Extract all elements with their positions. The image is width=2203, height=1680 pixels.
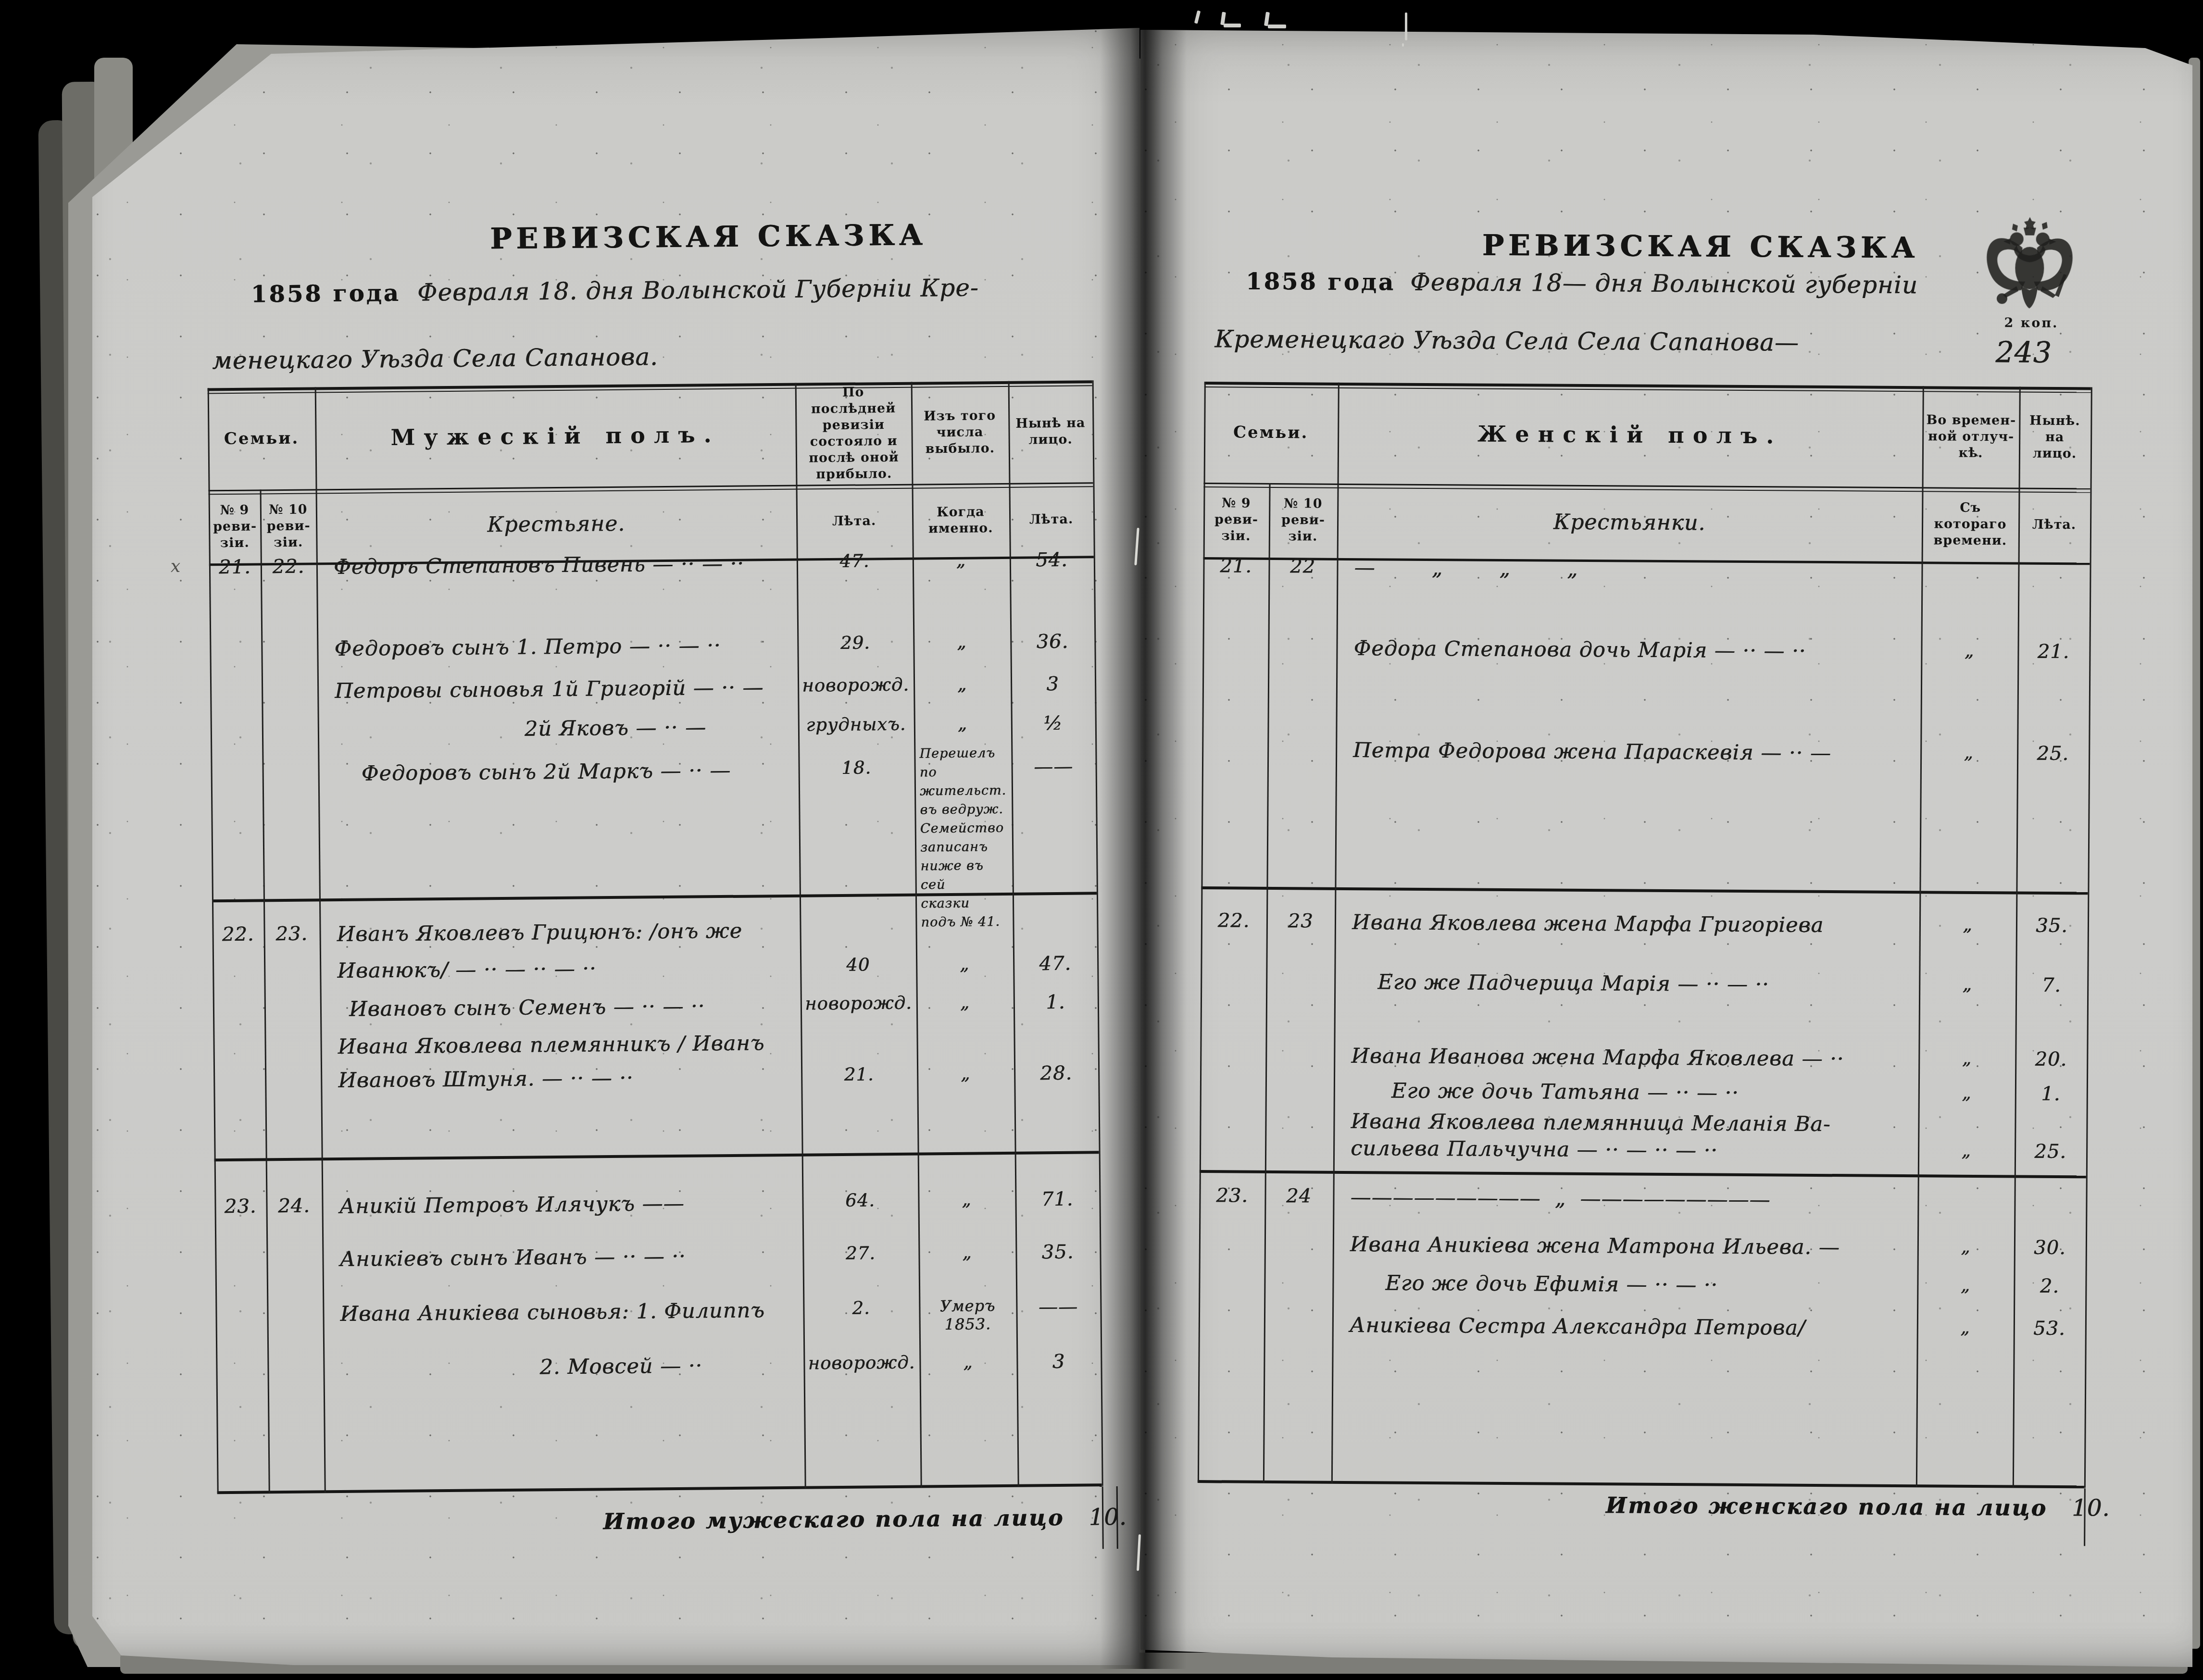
age-now: 36. <box>1010 630 1094 653</box>
person-name: Ивановъ Штуня. — ·· — ·· <box>321 1064 824 1093</box>
header-families: Семьи. <box>208 387 316 490</box>
male-total-line: Итого мужескаго пола на лицо 10. <box>603 1504 1127 1535</box>
person-name: Федоровъ сынъ 2й Маркъ — ·· — <box>318 758 847 786</box>
note-line: Перешелъ <box>919 744 1011 763</box>
margin-x-mark: х <box>171 557 181 576</box>
header-no-10th-revision: № 10 реви­зіи. <box>1271 485 1336 556</box>
left-page: РЕВИЗСКАЯ СКАЗКА 1858 года Февраля 18. д… <box>92 25 1139 1665</box>
when-departed: „ <box>914 673 1011 695</box>
family-no-10th: 23 <box>1266 910 1335 933</box>
absence-since: „ <box>1917 1274 2014 1295</box>
when-departed: „ <box>919 1351 1016 1373</box>
person-name: ————————— „ ————————— <box>1333 1185 1935 1213</box>
person-name: Аникіева Сестра Александра Петрова/ <box>1332 1313 1934 1341</box>
male-total-label: Итого мужескаго пола на лицо <box>603 1505 1064 1534</box>
absence-since: „ <box>1919 914 2016 935</box>
table-row: Петра Федорова жена Параскевія — ·· — „ … <box>1202 737 2089 787</box>
imperial-eagle-stamp-icon <box>1983 214 2077 318</box>
age-now: 3 <box>1011 672 1095 696</box>
place-line: менецкаго Уѣзда Села Сапанова. <box>212 343 658 374</box>
header-when-exactly: Когда имен­но. <box>912 485 1010 556</box>
age-now: 1. <box>2015 1083 2087 1105</box>
age-now: 28. <box>1014 1062 1098 1085</box>
person-name: Аникій Петровъ Илячукъ —— <box>322 1190 825 1219</box>
when-departed: „ <box>918 1189 1015 1210</box>
header-since-when: Съ котораго времени. <box>1926 489 2015 560</box>
backdrop-scratch <box>1224 24 1241 27</box>
when-departed: „ <box>917 1063 1014 1084</box>
header-years: Лѣта. <box>796 486 913 557</box>
absence-since: „ <box>1920 742 2017 763</box>
person-name: Его же дочь Татьяна — ·· — ·· <box>1334 1079 1976 1107</box>
table-row: 2. Мовсей — ·· новорожд. „ 3 <box>216 1350 1101 1402</box>
header-years: Лѣта. <box>2018 489 2090 560</box>
age-last-revision: 29. <box>797 632 913 654</box>
family-no-10th: 24 <box>1264 1185 1333 1207</box>
family-separator <box>1201 886 2088 895</box>
header-now-present: Нынѣ на лицо. <box>1012 382 1089 481</box>
absence-since: „ <box>1917 1236 2014 1257</box>
absence-since: „ <box>1917 1317 2014 1338</box>
date-line: 1858 года Февраля 18— дня Волынской губе… <box>1246 267 1918 299</box>
family-no-9th: 21. <box>1203 555 1268 577</box>
date-handwritten: Февраля 18— дня Волынской губерніи <box>1410 268 1918 299</box>
age-now: 20. <box>2015 1048 2087 1070</box>
table-row: 21. 22. Федоръ Степановъ Пивень — ·· — ·… <box>209 548 1094 600</box>
header-years-now: Лѣта. <box>1009 484 1093 555</box>
header-no-9th-revision: № 9 реви­зіи. <box>211 491 259 562</box>
table-row: 23. 24. Аникій Петровъ Илячукъ —— 64. „ … <box>214 1188 1100 1240</box>
transfer-note: Перешелъ по жительст. въ ведруж. Семейст… <box>919 744 1012 932</box>
family-no-10th: 24. <box>266 1195 322 1217</box>
family-no-9th: 23. <box>1199 1184 1264 1207</box>
age-last-revision: 27. <box>802 1243 918 1264</box>
age-last-revision: новорожд. <box>798 674 914 696</box>
date-printed: 1858 года <box>1246 268 1395 296</box>
age-last-revision: 2. <box>803 1297 919 1319</box>
age-last-revision: 40 <box>800 954 916 976</box>
person-name: Петра Федорова жена Параскевія — ·· — <box>1336 738 1938 766</box>
left-page-content: РЕВИЗСКАЯ СКАЗКА 1858 года Февраля 18. д… <box>85 21 1147 1670</box>
age-now: 2. <box>2014 1275 2085 1297</box>
place-line: Кременецкаго Уѣзда Села Села Сапанова— <box>1214 325 1799 356</box>
absence-since: „ <box>1918 1140 2015 1161</box>
person-name: Иванюкъ/ — ·· — ·· — ·· <box>320 955 823 983</box>
person-name: Аникіевъ сынъ Иванъ — ·· — ·· <box>322 1243 825 1271</box>
age-now: 54. <box>1010 548 1094 572</box>
person-name: Ивана Аникіева сыновья: 1. Филиппъ <box>323 1298 826 1326</box>
age-now: —— <box>1011 755 1095 778</box>
page-title: РЕВИЗСКАЯ СКАЗКА <box>490 218 927 256</box>
table-row: Ивана Аникіева сыновья: 1. Филиппъ 2. Ум… <box>215 1295 1101 1347</box>
table-row: 22. 23 Ивана Яковлева жена Марфа Григорі… <box>1201 909 2088 959</box>
header-temporary-absence: Во времен­ной отлуч­кѣ. <box>1926 388 2016 485</box>
age-now: 71. <box>1015 1188 1099 1211</box>
age-last-revision: новорожд. <box>803 1352 919 1374</box>
right-page-content: РЕВИЗСКАЯ СКАЗКА 1858 года Февраля 18— д… <box>1136 19 2198 1670</box>
age-now: 35. <box>2016 914 2088 937</box>
absence-since: „ <box>1918 1047 2015 1069</box>
family-no-9th: 23. <box>214 1195 266 1218</box>
date-handwritten: Февраля 18. дня Волынской Губерніи Кре- <box>417 274 979 306</box>
header-departed: Изъ того числа выбыло. <box>915 383 1005 482</box>
age-now: 7. <box>2015 974 2087 996</box>
note-line: по жительст. <box>920 762 1012 801</box>
person-name: Ивана Аникіева жена Матрона Ильева. — <box>1333 1232 1935 1260</box>
header-male-sex: Мужескій полъ. <box>315 383 796 489</box>
table-row: 21. 22 — „ „ „ <box>1203 555 2090 604</box>
absence-since: „ <box>1919 973 2015 995</box>
age-now: 30. <box>2014 1236 2086 1259</box>
table-row: Ивановъ Штуня. — ·· — ·· 21. „ 28. <box>213 1062 1099 1114</box>
note-line: Семейство <box>920 819 1012 838</box>
age-last-revision: 21. <box>801 1064 917 1085</box>
backdrop-scratch <box>1264 12 1270 26</box>
backdrop-scratch <box>1194 11 1201 24</box>
when-departed: „ <box>918 1242 1015 1263</box>
backdrop-scratch <box>1268 25 1286 28</box>
when-departed: „ <box>913 549 1010 571</box>
when-departed: Умеръ 1853. <box>919 1296 1016 1334</box>
page-title: РЕВИЗСКАЯ СКАЗКА <box>1482 229 1919 265</box>
note-line: въ ведруж. <box>920 800 1011 820</box>
age-now: 1. <box>1014 991 1098 1014</box>
person-name: Федоровъ сынъ 1. Петро — ·· — ·· <box>317 633 820 661</box>
person-name: сильева Пальчучна — ·· — ·· — ·· <box>1333 1136 1935 1164</box>
when-departed: „ <box>916 992 1014 1013</box>
person-name: Ивана Яковлева жена Марфа Григоріева <box>1335 910 1937 938</box>
family-no-9th: 22. <box>212 923 263 946</box>
table-row: Аникіева Сестра Александра Петрова/ „ 53… <box>1198 1312 2085 1362</box>
age-now: 21. <box>2017 640 2089 663</box>
person-name: Федоръ Степановъ Пивень — ·· — ·· <box>316 551 819 579</box>
header-female-sex: Женскій полъ. <box>1338 383 1923 487</box>
family-no-9th: 21. <box>209 556 261 578</box>
note-line: сказки <box>921 894 1012 913</box>
age-last-revision: грудныхъ. <box>798 714 914 735</box>
page-number: 243 <box>1995 336 2052 370</box>
table-row: Федора Степанова дочь Марія — ·· — ·· „ … <box>1202 635 2090 685</box>
table-border <box>1198 1480 2084 1488</box>
table-row: сильева Пальчучна — ·· — ·· — ·· „ 25. <box>1200 1135 2087 1185</box>
table-row: Его же дочь Ефимія — ·· — ·· „ 2. <box>1199 1270 2086 1319</box>
age-last-revision: 64. <box>802 1190 918 1211</box>
note-line: ниже въ сей <box>920 856 1012 895</box>
person-name: Иванъ Яковлевъ Грицюнъ: /онъ же <box>319 918 822 946</box>
person-name: — „ „ „ <box>1337 556 1939 584</box>
person-name: Ивана Яковлева племянникъ / Иванъ <box>320 1031 823 1059</box>
header-no-10th-revision: № 10 реви­зіи. <box>262 491 315 561</box>
header-last-revision: По послѣдней ревизіи состояло и послѣ он… <box>799 384 909 483</box>
backdrop-scratch <box>1405 12 1407 40</box>
table-row: 23. 24 ————————— „ ————————— <box>1199 1184 2086 1234</box>
age-now: 25. <box>2015 1140 2086 1163</box>
header-now-present: Нынѣ. на лицо. <box>2023 389 2087 486</box>
family-separator <box>214 1151 1099 1161</box>
table-row: Аникіевъ сынъ Иванъ — ·· — ·· 27. „ 35. <box>215 1241 1100 1293</box>
backdrop-scratch <box>1402 43 1404 47</box>
date-line: 1858 года Февраля 18. дня Волынской Губе… <box>251 274 979 308</box>
when-departed: „ <box>913 631 1010 653</box>
age-now: —— <box>1016 1295 1100 1319</box>
age-now: 35. <box>1015 1241 1100 1264</box>
female-total-label: Итого женскаго пола на лицо <box>1605 1492 2047 1521</box>
age-now: 47. <box>1013 952 1097 975</box>
table-border <box>217 1483 1102 1494</box>
scanned-book-spread: РЕВИЗСКАЯ СКАЗКА 1858 года Февраля 18. д… <box>0 0 2203 1680</box>
age-now: 53. <box>2014 1317 2085 1340</box>
age-now: 3 <box>1016 1350 1101 1373</box>
absence-since: „ <box>1918 1082 2015 1103</box>
when-departed: „ <box>916 953 1013 975</box>
book-gutter <box>1100 19 1187 1669</box>
person-name: Его же дочь Ефимія — ·· — ·· <box>1332 1271 1970 1299</box>
table-row: Его же Падчерица Марія — ·· — ·· „ 7. <box>1201 969 2088 1019</box>
header-no-9th-revision: № 9 реви­зіи. <box>1205 485 1267 555</box>
absence-since: „ <box>1921 640 2017 661</box>
header-peasant-women: Крестьянки. <box>1337 485 1922 559</box>
stamp-value-caption: 2 коп. <box>2004 315 2059 331</box>
header-families: Семьи. <box>1204 382 1338 484</box>
date-printed: 1858 года <box>251 280 401 308</box>
female-total-line: Итого женскаго пола на лицо 10. <box>1605 1492 2110 1521</box>
when-departed: „ <box>914 713 1011 734</box>
age-last-revision: новорожд. <box>801 993 916 1014</box>
family-no-9th: 22. <box>1201 909 1266 932</box>
person-name: Его же Падчерица Марія — ·· — ·· <box>1334 970 1962 998</box>
person-name: Ивана Яковлева племянница Меланія Ва- <box>1333 1109 1935 1137</box>
family-no-10th: 22 <box>1268 555 1337 578</box>
note-line: записанъ <box>920 837 1012 857</box>
female-total-value: 10. <box>2072 1494 2110 1521</box>
person-name: Федора Степанова дочь Марія — ·· — ·· <box>1336 636 1938 664</box>
header-peasants: Крестьяне. <box>316 487 797 561</box>
age-now: 25. <box>2017 742 2089 765</box>
age-last-revision: 18. <box>798 757 914 779</box>
family-no-10th: 23. <box>263 922 319 945</box>
person-name: Петровы сыновья 1й Григорій — ·· — <box>317 675 820 703</box>
person-name: Ивановъ сынъ Семенъ — ·· — ·· <box>320 993 835 1021</box>
person-name: Ивана Иванова жена Марфа Яковлева — ·· <box>1334 1044 1936 1072</box>
age-now: ½ <box>1011 712 1095 735</box>
right-page: РЕВИЗСКАЯ СКАЗКА 1858 года Февраля 18— д… <box>1140 22 2192 1667</box>
age-last-revision: 47. <box>797 550 913 572</box>
family-no-10th: 22. <box>261 555 316 578</box>
